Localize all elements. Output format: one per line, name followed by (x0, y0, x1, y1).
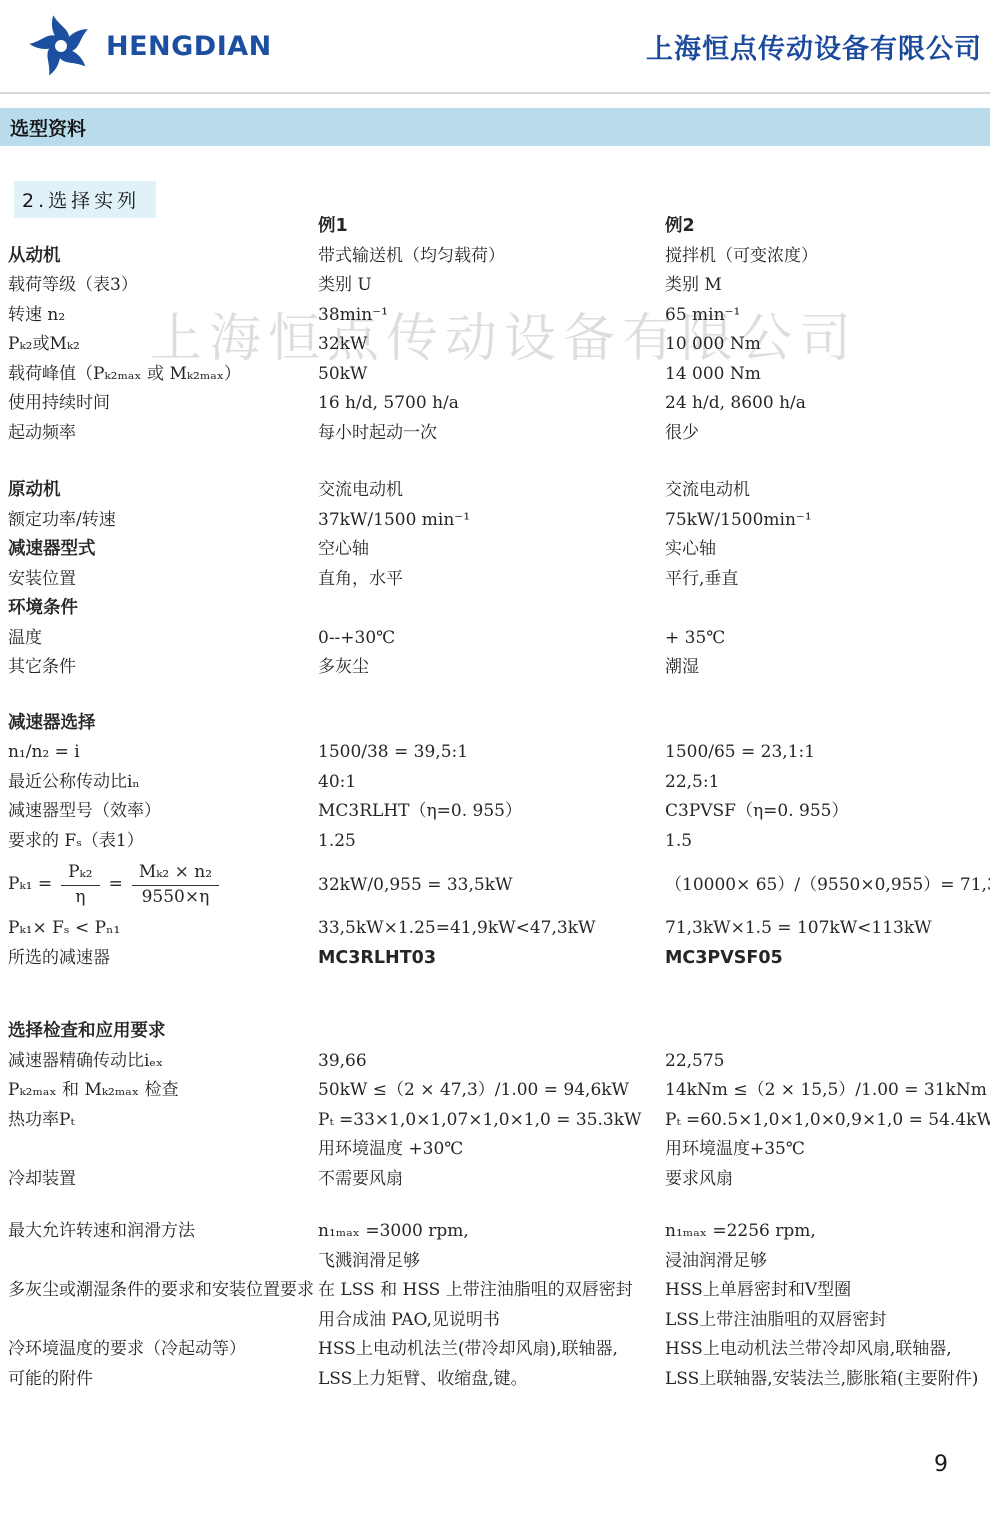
example1-value (318, 709, 665, 739)
table-row: 减速器选择 (8, 709, 990, 739)
fraction: Mₖ₂ × n₂9550×η (132, 862, 219, 908)
fraction-numerator: Mₖ₂ × n₂ (132, 862, 219, 885)
section-gap (8, 1194, 990, 1217)
row-label: 额定功率/转速 (8, 506, 318, 536)
row-label: 载荷峰值（Pₖ₂ₘₐₓ 或 Mₖ₂ₘₐₓ） (8, 360, 318, 390)
example1-value: 39,66 (318, 1047, 665, 1077)
page-number: 9 (934, 1452, 948, 1477)
table-row: Pₖ₂ₘₐₓ 和 Mₖ₂ₘₐₓ 检查50kW ≤（2 × 47,3）/1.00 … (8, 1076, 990, 1106)
table-row: 载荷峰值（Pₖ₂ₘₐₓ 或 Mₖ₂ₘₐₓ）50kW14 000 Nm (8, 360, 990, 390)
row-label: 减速器型号（效率） (8, 797, 318, 827)
row-label: 选择检查和应用要求 (8, 1017, 318, 1047)
row-label: 减速器精确传动比iₑₓ (8, 1047, 318, 1077)
example2-value: 24 h/d, 8600 h/a (665, 389, 990, 419)
row-label: 起动频率 (8, 419, 318, 449)
example2-value: HSS上电动机法兰带冷却风扇,联轴器, (665, 1335, 990, 1365)
example2-value: MC3PVSF05 (665, 944, 990, 974)
row-label: 其它条件 (8, 653, 318, 683)
table-row: 减速器精确传动比iₑₓ39,6622,575 (8, 1047, 990, 1077)
example1-value: 33,5kW×1.25=41,9kW<47,3kW (318, 914, 665, 944)
table-row: Pₖ₁× Fₛ < Pₙ₁33,5kW×1.25=41,9kW<47,3kW71… (8, 914, 990, 944)
table-row: 多灰尘或潮湿条件的要求和安装位置要求在 LSS 和 HSS 上带注油脂咀的双唇密… (8, 1276, 990, 1306)
row-label: 原动机 (8, 476, 318, 506)
row-label: 多灰尘或潮湿条件的要求和安装位置要求 (8, 1276, 318, 1306)
hengdian-pinwheel-icon (26, 11, 96, 81)
example1-value: 不需要风扇 (318, 1165, 665, 1195)
table-row: 所选的减速器MC3RLHT03MC3PVSF05 (8, 944, 990, 974)
example1-value: 32kW (318, 330, 665, 360)
example1-value: 多灰尘 (318, 653, 665, 683)
example2-value: 14kNm ≤（2 × 15,5）/1.00 = 31kNm (665, 1076, 990, 1106)
example2-value: 浸油润滑足够 (665, 1247, 990, 1277)
example1-value: 38min⁻¹ (318, 301, 665, 331)
table-row: 可能的附件LSS上力矩臂、收缩盘,键。LSS上联轴器,安装法兰,膨胀箱(主要附件… (8, 1365, 990, 1395)
table-row: 减速器型号（效率）MC3RLHT（η=0. 955）C3PVSF（η=0. 95… (8, 797, 990, 827)
table-row: 转速 n₂38min⁻¹65 min⁻¹ (8, 301, 990, 331)
table-row: 温度0--+30℃+ 35℃ (8, 624, 990, 654)
table-row: 热功率PₜPₜ =33×1,0×1,07×1,0×1,0 = 35.3kWPₜ … (8, 1106, 990, 1136)
table-row: 原动机交流电动机交流电动机 (8, 476, 990, 506)
table-row: 选择检查和应用要求 (8, 1017, 990, 1047)
table-row: 最大允许转速和润滑方法n₁ₘₐₓ =3000 rpm,n₁ₘₐₓ =2256 r… (8, 1217, 990, 1247)
row-label: n₁/n₂ = i (8, 738, 318, 768)
section-gap (8, 683, 990, 709)
row-label: 减速器选择 (8, 709, 318, 739)
row-label: 冷却装置 (8, 1165, 318, 1195)
fraction: Pₖ₂η (61, 862, 99, 908)
row-label: 最大允许转速和润滑方法 (8, 1217, 318, 1247)
page-header: HENGDIAN 上海恒点传动设备有限公司 (0, 0, 990, 94)
fraction-numerator: Pₖ₂ (61, 862, 99, 885)
row-label: Pₖ₂或Mₖ₂ (8, 330, 318, 360)
example2-value: 潮湿 (665, 653, 990, 683)
row-label: 环境条件 (8, 594, 318, 624)
section-banner: 选型资料 (0, 108, 990, 146)
company-name: 上海恒点传动设备有限公司 (646, 27, 982, 66)
row-label: Pₖ₁× Fₛ < Pₙ₁ (8, 914, 318, 944)
example1-value: MC3RLHT（η=0. 955） (318, 797, 665, 827)
example1-value: 用合成油 PAO,见说明书 (318, 1306, 665, 1336)
row-label: 可能的附件 (8, 1365, 318, 1395)
logo: HENGDIAN (26, 11, 272, 81)
row-label: 转速 n₂ (8, 301, 318, 331)
example1-value: 50kW (318, 360, 665, 390)
example1-value: Pₜ =33×1,0×1,07×1,0×1,0 = 35.3kW (318, 1106, 665, 1136)
example2-value: 搅拌机（可变浓度） (665, 242, 990, 272)
example1-value: 在 LSS 和 HSS 上带注油脂咀的双唇密封 (318, 1276, 665, 1306)
row-label: 热功率Pₜ (8, 1106, 318, 1136)
row-label: 载荷等级（表3） (8, 271, 318, 301)
example2-value (665, 1017, 990, 1047)
table-row: 用环境温度 +30℃用环境温度+35℃ (8, 1135, 990, 1165)
example1-value: 交流电动机 (318, 476, 665, 506)
example2-value: 71,3kW×1.5 = 107kW<113kW (665, 914, 990, 944)
example2-value: n₁ₘₐₓ =2256 rpm, (665, 1217, 990, 1247)
row-label (8, 212, 318, 242)
example2-value: 实心轴 (665, 535, 990, 565)
example1-value: 例1 (318, 212, 665, 242)
example2-value: 10 000 Nm (665, 330, 990, 360)
selection-table: 例1例2从动机带式输送机（均匀载荷）搅拌机（可变浓度）载荷等级（表3）类别 U类… (8, 212, 990, 1394)
row-label: 冷环境温度的要求（冷起动等） (8, 1335, 318, 1365)
row-label: 要求的 Fₛ（表1） (8, 827, 318, 857)
row-label: 所选的减速器 (8, 944, 318, 974)
table-row: 安装位置直角，水平平行,垂直 (8, 565, 990, 595)
example1-value: 用环境温度 +30℃ (318, 1135, 665, 1165)
row-label: 从动机 (8, 242, 318, 272)
example1-value: 1500/38 = 39,5:1 (318, 738, 665, 768)
row-label: 温度 (8, 624, 318, 654)
table-row: 额定功率/转速37kW/1500 min⁻¹75kW/1500min⁻¹ (8, 506, 990, 536)
example2-value: 65 min⁻¹ (665, 301, 990, 331)
example2-value: 22,575 (665, 1047, 990, 1077)
table-row: 从动机带式输送机（均匀载荷）搅拌机（可变浓度） (8, 242, 990, 272)
example2-value: 类别 M (665, 271, 990, 301)
document-page: HENGDIAN 上海恒点传动设备有限公司 选型资料 2.选择实列 上海恒点传动… (0, 0, 990, 1513)
row-label-formula: Pₖ₁ =Pₖ₂η=Mₖ₂ × n₂9550×η (8, 856, 318, 914)
row-label: Pₖ₂ₘₐₓ 和 Mₖ₂ₘₐₓ 检查 (8, 1076, 318, 1106)
example1-value: 37kW/1500 min⁻¹ (318, 506, 665, 536)
example2-value (665, 709, 990, 739)
example2-value: 75kW/1500min⁻¹ (665, 506, 990, 536)
example2-value: 22,5:1 (665, 768, 990, 798)
table-row: 要求的 Fₛ（表1）1.251.5 (8, 827, 990, 857)
example1-value: MC3RLHT03 (318, 944, 665, 974)
example2-value: （10000× 65）/（9550×0,955）= 71,3kW (665, 856, 990, 914)
table-row: 例1例2 (8, 212, 990, 242)
table-row: 载荷等级（表3）类别 U类别 M (8, 271, 990, 301)
table-row: Pₖ₁ =Pₖ₂η=Mₖ₂ × n₂9550×η32kW/0,955 = 33,… (8, 856, 990, 914)
section-gap (8, 448, 990, 476)
example2-value: 用环境温度+35℃ (665, 1135, 990, 1165)
example2-value: + 35℃ (665, 624, 990, 654)
example1-value (318, 1017, 665, 1047)
table-row: 使用持续时间16 h/d, 5700 h/a24 h/d, 8600 h/a (8, 389, 990, 419)
example2-value: C3PVSF（η=0. 955） (665, 797, 990, 827)
fraction-denominator: η (75, 886, 85, 908)
section-gap (8, 973, 990, 1017)
example1-value: 直角，水平 (318, 565, 665, 595)
example1-value: 飞溅润滑足够 (318, 1247, 665, 1277)
table-row: Pₖ₂或Mₖ₂32kW10 000 Nm (8, 330, 990, 360)
table-row: 冷环境温度的要求（冷起动等）HSS上电动机法兰(带冷却风扇),联轴器,HSS上电… (8, 1335, 990, 1365)
example1-value: LSS上力矩臂、收缩盘,键。 (318, 1365, 665, 1395)
row-label: 安装位置 (8, 565, 318, 595)
example1-value: n₁ₘₐₓ =3000 rpm, (318, 1217, 665, 1247)
row-label (8, 1306, 318, 1336)
example2-value: 平行,垂直 (665, 565, 990, 595)
example1-value: 类别 U (318, 271, 665, 301)
banner-title: 选型资料 (10, 114, 86, 141)
table-row: 起动频率每小时起动一次很少 (8, 419, 990, 449)
example1-value: 空心轴 (318, 535, 665, 565)
example2-value: 要求风扇 (665, 1165, 990, 1195)
example2-value: 1.5 (665, 827, 990, 857)
table-row: n₁/n₂ = i1500/38 = 39,5:11500/65 = 23,1:… (8, 738, 990, 768)
table-row: 最近公称传动比iₙ40:122,5:1 (8, 768, 990, 798)
example2-value: LSS上联轴器,安装法兰,膨胀箱(主要附件) (665, 1365, 990, 1395)
table-row: 飞溅润滑足够浸油润滑足够 (8, 1247, 990, 1277)
example2-value: 很少 (665, 419, 990, 449)
example2-value: 例2 (665, 212, 990, 242)
example2-value: 交流电动机 (665, 476, 990, 506)
example1-value: 40:1 (318, 768, 665, 798)
table-row: 减速器型式空心轴实心轴 (8, 535, 990, 565)
example1-value: 1.25 (318, 827, 665, 857)
row-label (8, 1247, 318, 1277)
example1-value: 带式输送机（均匀载荷） (318, 242, 665, 272)
example2-value: 1500/65 = 23,1:1 (665, 738, 990, 768)
table-row: 环境条件 (8, 594, 990, 624)
logo-text: HENGDIAN (106, 31, 272, 62)
table-row: 其它条件多灰尘潮湿 (8, 653, 990, 683)
example2-value: 14 000 Nm (665, 360, 990, 390)
example1-value: 32kW/0,955 = 33,5kW (318, 856, 665, 914)
table-row: 用合成油 PAO,见说明书LSS上带注油脂咀的双唇密封 (8, 1306, 990, 1336)
example1-value: 每小时起动一次 (318, 419, 665, 449)
example2-value: LSS上带注油脂咀的双唇密封 (665, 1306, 990, 1336)
row-label (8, 1135, 318, 1165)
formula-lhs: Pₖ₁ = (8, 874, 52, 895)
example2-value: Pₜ =60.5×1,0×1,0×0,9×1,0 = 54.4kW (665, 1106, 990, 1136)
example2-value: HSS上单唇密封和V型圈 (665, 1276, 990, 1306)
row-label: 使用持续时间 (8, 389, 318, 419)
example2-value (665, 594, 990, 624)
example1-value: 50kW ≤（2 × 47,3）/1.00 = 94,6kW (318, 1076, 665, 1106)
example1-value (318, 594, 665, 624)
formula-equals: = (109, 874, 123, 895)
example1-value: 16 h/d, 5700 h/a (318, 389, 665, 419)
example1-value: 0--+30℃ (318, 624, 665, 654)
row-label: 减速器型式 (8, 535, 318, 565)
table-row: 冷却装置不需要风扇要求风扇 (8, 1165, 990, 1195)
fraction-denominator: 9550×η (142, 886, 210, 908)
example1-value: HSS上电动机法兰(带冷却风扇),联轴器, (318, 1335, 665, 1365)
row-label: 最近公称传动比iₙ (8, 768, 318, 798)
